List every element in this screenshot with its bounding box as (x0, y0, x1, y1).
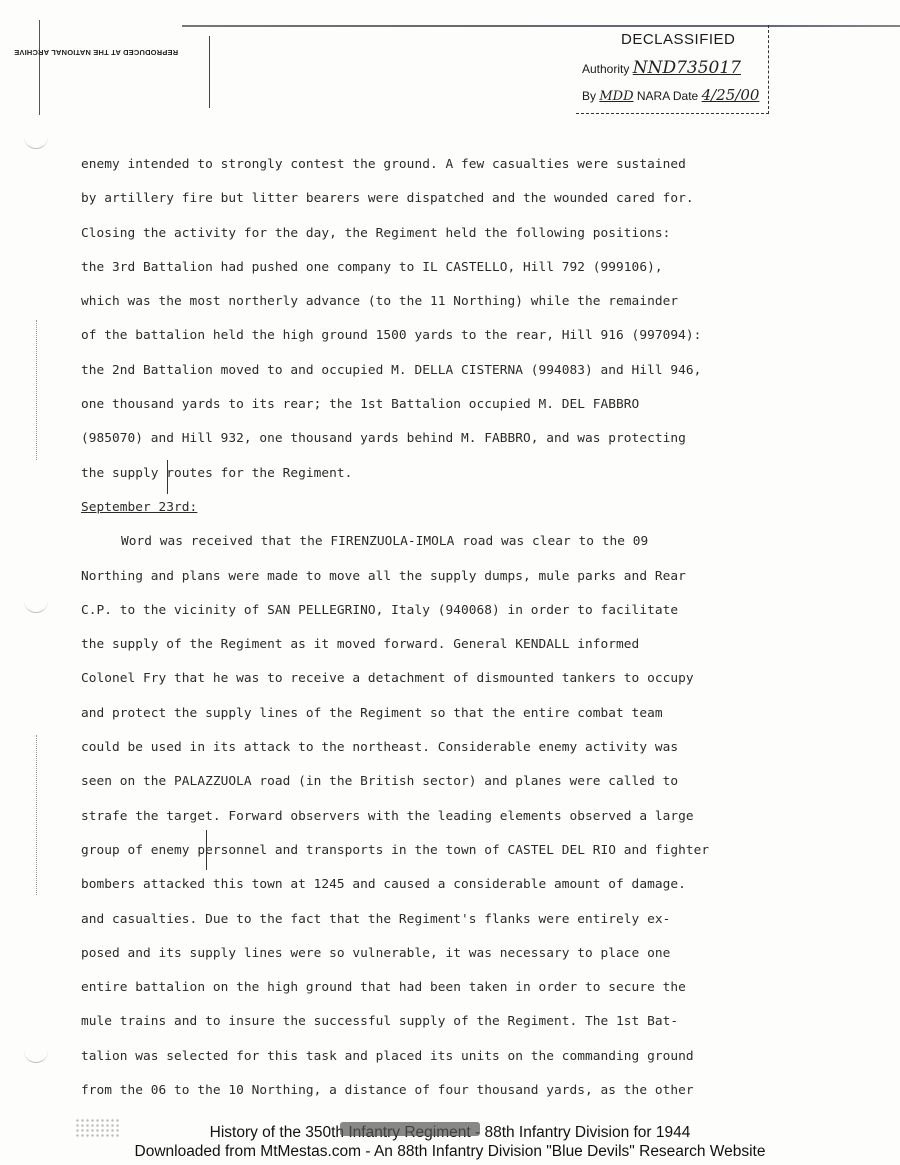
national-archive-stamp: REPRODUCED AT THE NATIONAL ARCHIVE (14, 48, 178, 57)
declassified-title: DECLASSIFIED (621, 31, 735, 48)
binder-hole-middle (24, 600, 48, 613)
text-line: talion was selected for this task and pl… (81, 1040, 781, 1074)
text-line: by artillery fire but litter bearers wer… (81, 182, 781, 216)
scan-smudge (340, 1122, 480, 1136)
text-line: could be used in its attack to the north… (81, 731, 781, 765)
nara-date-label: NARA Date (637, 89, 698, 103)
text-line: enemy intended to strongly contest the g… (81, 148, 781, 182)
by-date-row: By MDD NARA Date 4/25/00 (582, 86, 759, 104)
margin-bar-upper (36, 320, 38, 460)
text-line: of the battalion held the high ground 15… (81, 319, 781, 353)
authority-row: Authority NND735017 (582, 58, 741, 78)
text-line: the supply of the Regiment as it moved f… (81, 628, 781, 662)
by-value: MDD (599, 89, 633, 104)
text-line: C.P. to the vicinity of SAN PELLEGRINO, … (81, 594, 781, 628)
text-line: (985070) and Hill 932, one thousand yard… (81, 422, 781, 456)
text-line: and protect the supply lines of the Regi… (81, 697, 781, 731)
binder-hole-bottom (24, 1050, 48, 1063)
text-line: Word was received that the FIRENZUOLA-IM… (81, 525, 781, 559)
text-line: seen on the PALAZZUOLA road (in the Brit… (81, 765, 781, 799)
text-line: the 3rd Battalion had pushed one company… (81, 251, 781, 285)
text-line: and casualties. Due to the fact that the… (81, 903, 781, 937)
declassified-stamp: DECLASSIFIED Authority NND735017 By MDD … (576, 25, 769, 114)
text-line: mule trains and to insure the successful… (81, 1005, 781, 1039)
text-line: entire battalion on the high ground that… (81, 971, 781, 1005)
scan-top-rule (182, 25, 900, 27)
text-line: bombers attacked this town at 1245 and c… (81, 868, 781, 902)
authority-label: Authority (582, 62, 629, 76)
text-line: strafe the target. Forward observers wit… (81, 800, 781, 834)
scan-fold-line (209, 36, 210, 108)
text-line: which was the most northerly advance (to… (81, 285, 781, 319)
text-line: the 2nd Battalion moved to and occupied … (81, 354, 781, 388)
nara-date-value: 4/25/00 (702, 86, 760, 104)
text-line: Closing the activity for the day, the Re… (81, 217, 781, 251)
section-heading: September 23rd: (81, 491, 781, 525)
margin-bar-lower (36, 735, 38, 895)
text-line: posed and its supply lines were so vulne… (81, 937, 781, 971)
text-line: Northing and plans were made to move all… (81, 560, 781, 594)
by-label: By (582, 89, 596, 103)
text-line: from the 06 to the 10 Northing, a distan… (81, 1074, 781, 1108)
document-body: enemy intended to strongly contest the g… (81, 148, 781, 1108)
scan-margin-line (39, 20, 40, 115)
text-line: the supply routes for the Regiment. (81, 457, 781, 491)
binder-hole-top (24, 136, 48, 149)
footer-source-credit: Downloaded from MtMestas.com - An 88th I… (0, 1143, 900, 1161)
text-line: one thousand yards to its rear; the 1st … (81, 388, 781, 422)
authority-value: NND735017 (633, 58, 741, 78)
text-line: group of enemy personnel and transports … (81, 834, 781, 868)
text-line: Colonel Fry that he was to receive a det… (81, 662, 781, 696)
